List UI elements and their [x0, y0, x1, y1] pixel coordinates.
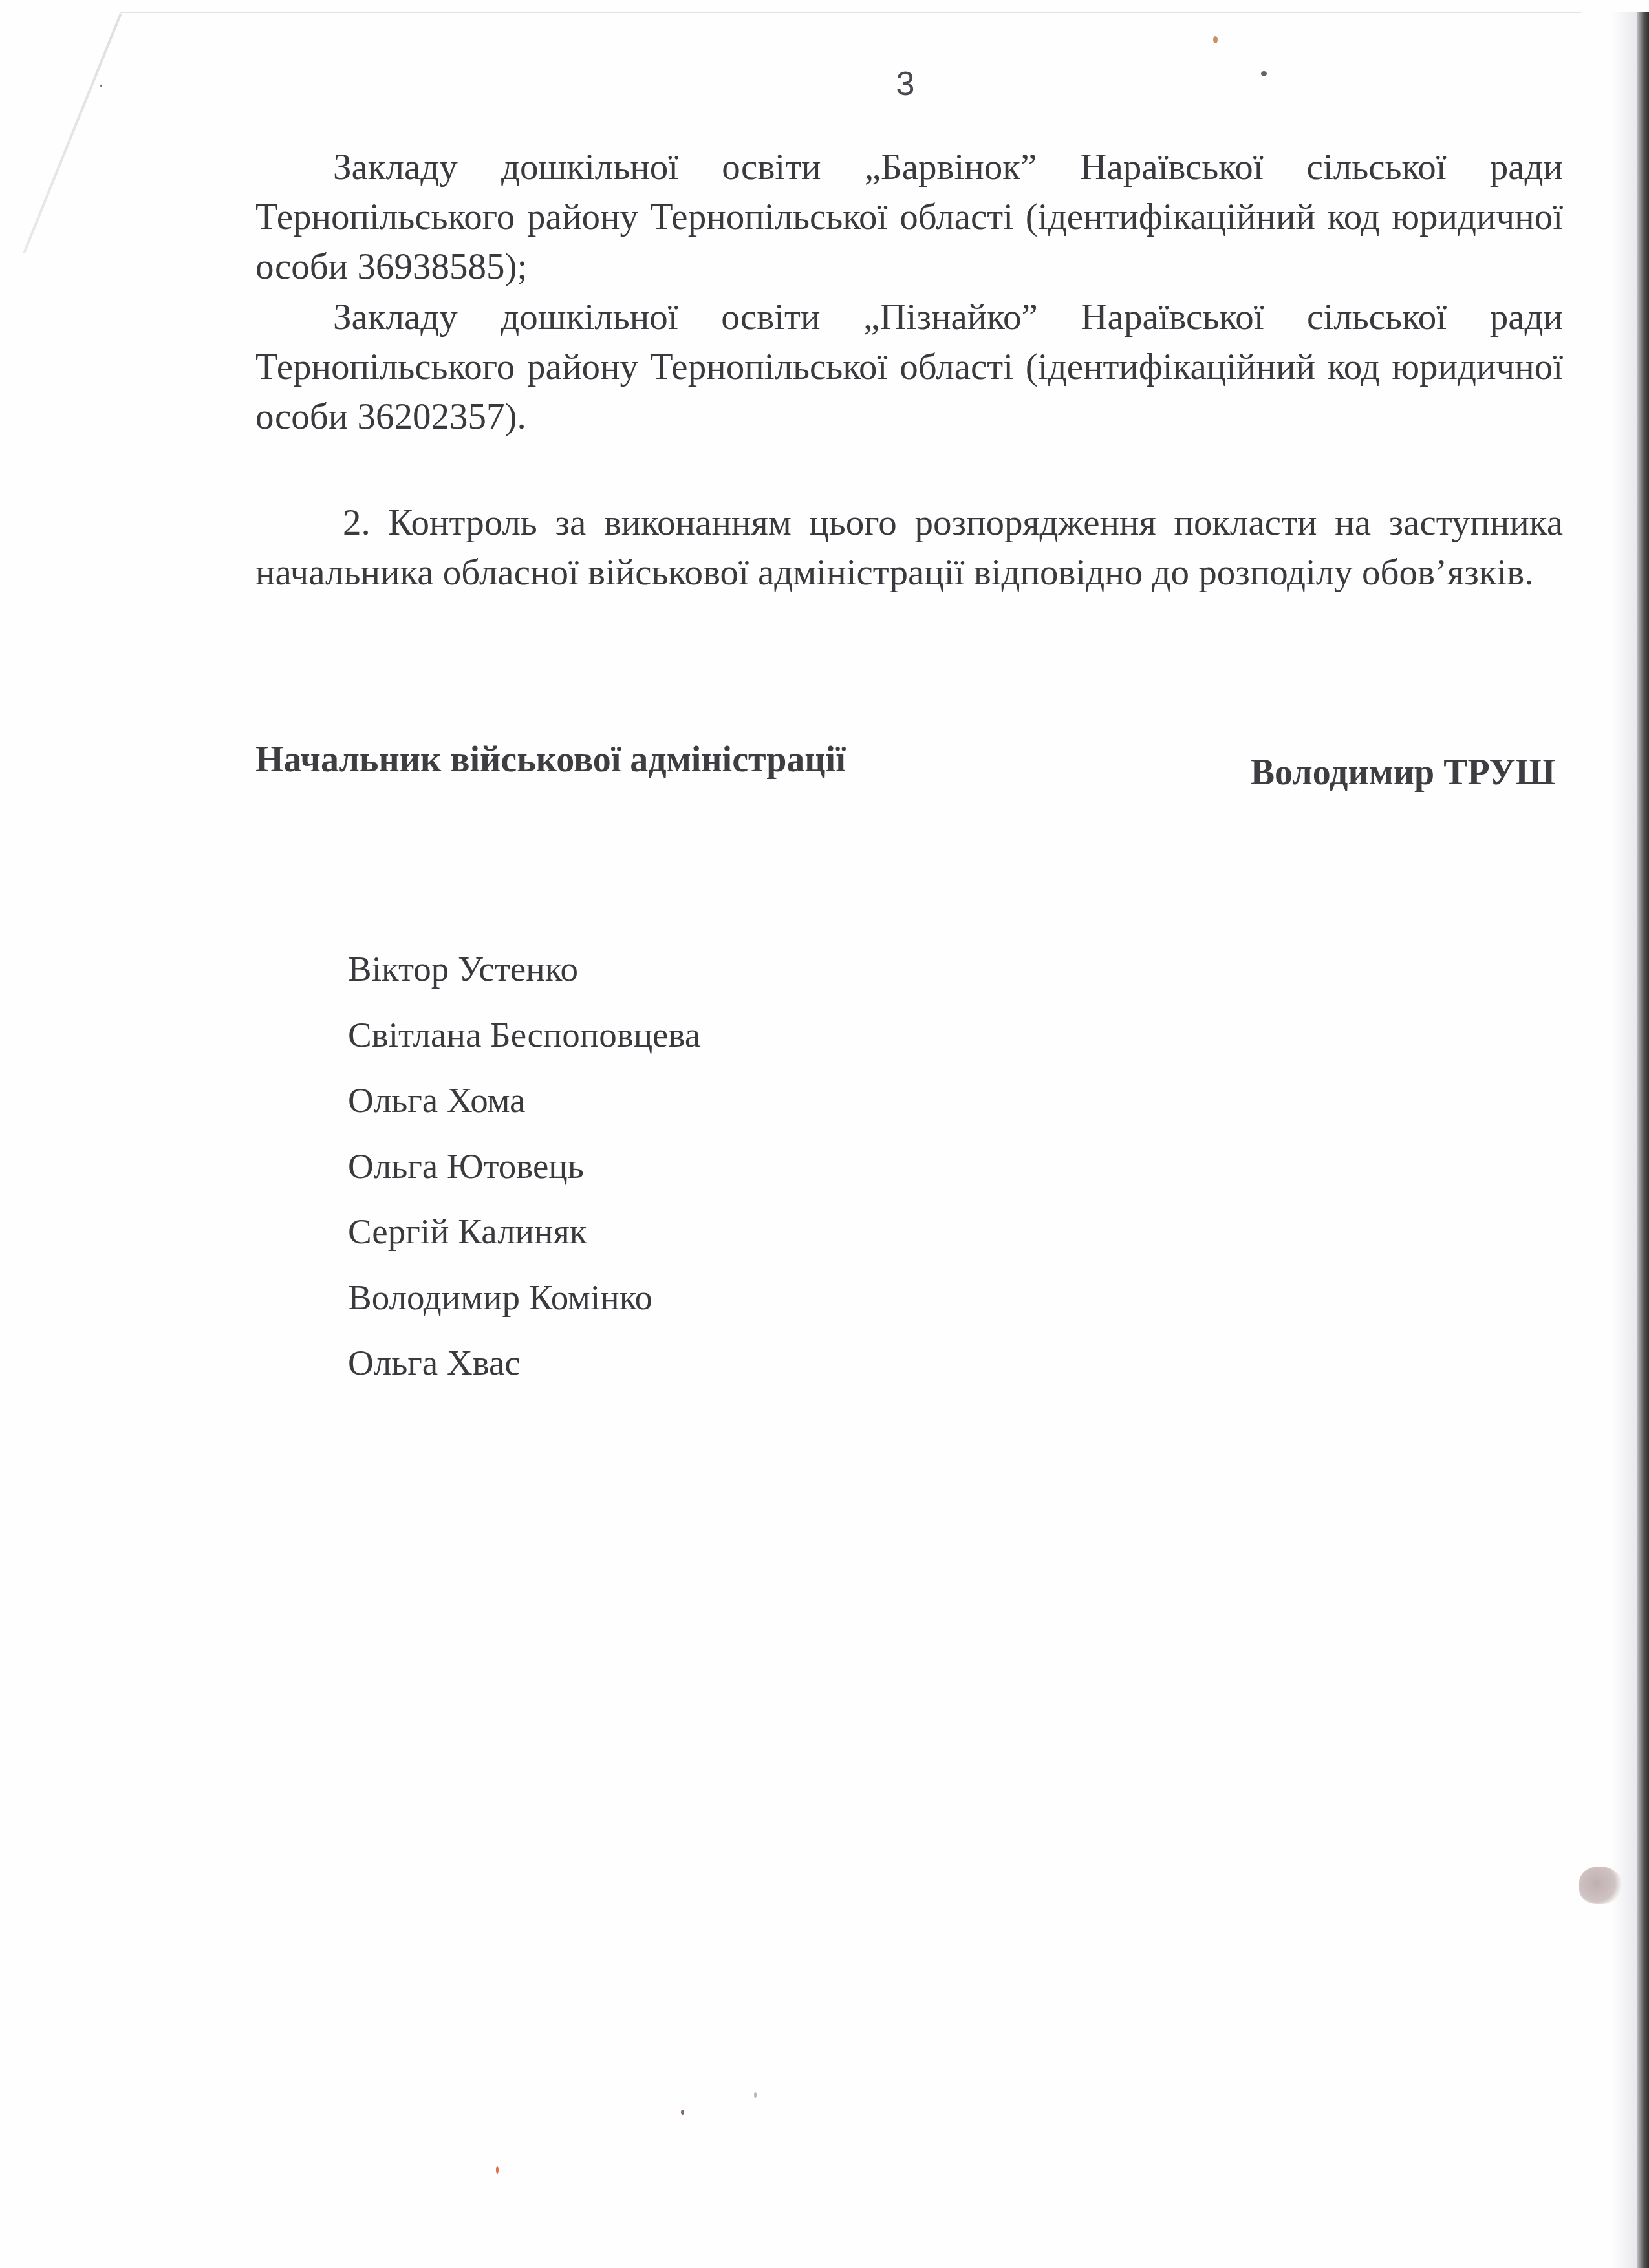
scan-speck [754, 2092, 757, 2098]
scanned-page: 3 Закладу дошкільної освіти „Барвінок” Н… [0, 0, 1649, 2268]
approval-name: Володимир Комінко [348, 1265, 700, 1331]
paragraph-piznaiko: Закладу дошкільної освіти „Пізнайко” Нар… [255, 292, 1563, 442]
scan-speck [1213, 36, 1218, 43]
approval-name: Ольга Ютовець [348, 1133, 700, 1199]
scan-speck [496, 2166, 499, 2174]
paragraph-barvinok: Закладу дошкільної освіти „Барвінок” Нар… [255, 142, 1563, 292]
scan-edge-left [23, 13, 122, 253]
page-number: 3 [886, 65, 925, 103]
paragraph-text: 2. Контроль за виконанням цього розпоряд… [255, 498, 1563, 597]
scan-speck [100, 85, 102, 87]
signature-block: Начальник військової адміністрації Волод… [255, 747, 1555, 788]
approval-name: Сергій Калиняк [348, 1199, 700, 1265]
scan-speck [681, 2110, 684, 2115]
approval-name: Ольга Хвас [348, 1330, 700, 1396]
signatory-name: Володимир ТРУШ [1251, 752, 1555, 793]
approval-name: Віктор Устенко [348, 936, 700, 1002]
signatory-title: Начальник військової адміністрації [255, 739, 846, 780]
scan-edge-right [1637, 12, 1649, 2268]
approval-name: Світлана Беспоповцева [348, 1002, 700, 1068]
scan-smudge [1579, 1867, 1623, 1904]
paragraph-text: Закладу дошкільної освіти „Барвінок” Нар… [255, 142, 1563, 292]
paragraph-control: 2. Контроль за виконанням цього розпоряд… [255, 498, 1563, 597]
approval-name: Ольга Хома [348, 1067, 700, 1133]
approval-list: Віктор Устенко Світлана Беспоповцева Оль… [348, 936, 700, 1396]
paragraph-text: Закладу дошкільної освіти „Пізнайко” Нар… [255, 292, 1563, 442]
scan-shadow-right [1611, 12, 1637, 2268]
scan-speck [1261, 71, 1267, 76]
scan-edge-top [120, 12, 1581, 13]
